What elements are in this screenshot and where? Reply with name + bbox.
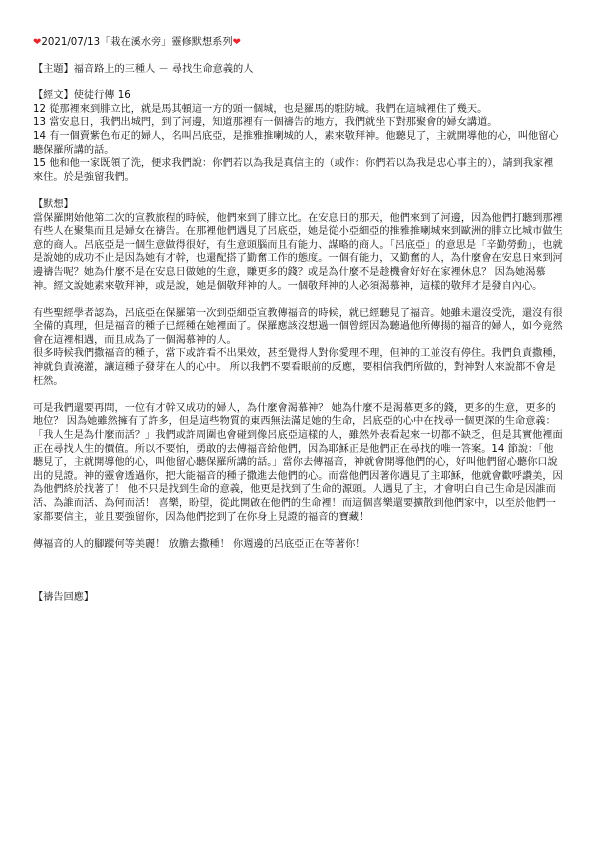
meditation-heading: 【默想】 <box>33 198 563 212</box>
verse-13: 13 當安息日，我們出城門，到了河邊，知道那裡有一個禱告的地方，我們就坐下對那聚… <box>33 116 563 130</box>
meditation-closing: 傳福音的人的腳蹤何等美麗！ 放膽去撒種！ 你週邊的呂底亞正在等著你！ <box>33 538 563 552</box>
meditation-section: 【默想】 當保羅開始他第二次的宣教旅程的時候，他們來到了腓立比。在安息日的那天，… <box>33 198 563 551</box>
prayer-heading: 【禱告回應】 <box>33 591 563 605</box>
theme-label: 【主題】 <box>33 64 74 75</box>
verse-15: 15 他和他一家既領了洗，便求我們說：你們若以為我是真信主的（或作：你們若以為我… <box>33 157 563 184</box>
meditation-paragraph: 可是我們還要再問，一位有才幹又成功的婦人，為什麼會渴慕神？ 她為什麼不是渴慕更多… <box>33 402 563 524</box>
document-page: ❤ 2021/07/13「栽在溪水旁」靈修默想系列 ❤ 【主題】福音路上的三種人… <box>33 36 563 605</box>
scripture-section: 【經文】使徒行傳 16 12 從那裡來到腓立比，就是馬其頓這一方的頭一個城，也是… <box>33 89 563 184</box>
meditation-paragraph: 當保羅開始他第二次的宣教旅程的時候，他們來到了腓立比。在安息日的那天，他們來到了… <box>33 212 563 294</box>
theme-line: 【主題】福音路上的三種人 － 尋找生命意義的人 <box>33 63 563 77</box>
scripture-heading: 【經文】使徒行傳 16 <box>33 89 563 103</box>
verse-14: 14 有一個賣紫色布疋的婦人，名叫呂底亞，是推雅推喇城的人，素來敬拜神。他聽見了… <box>33 130 563 157</box>
document-title: ❤ 2021/07/13「栽在溪水旁」靈修默想系列 ❤ <box>33 36 563 50</box>
heart-icon: ❤ <box>33 36 41 49</box>
meditation-paragraph: 有些聖經學者認為，呂底亞在保羅第一次到亞細亞宣教傳福音的時候，就已經聽見了福音。… <box>33 307 563 389</box>
theme-text: 福音路上的三種人 － 尋找生命意義的人 <box>74 64 254 75</box>
verse-12: 12 從那裡來到腓立比，就是馬其頓這一方的頭一個城，也是羅馬的駐防城。我們在這城… <box>33 103 563 117</box>
heart-icon: ❤ <box>233 36 241 49</box>
scripture-reference: 使徒行傳 16 <box>74 90 131 101</box>
scripture-label: 【經文】 <box>33 90 74 101</box>
title-text: 2021/07/13「栽在溪水旁」靈修默想系列 <box>41 36 232 50</box>
